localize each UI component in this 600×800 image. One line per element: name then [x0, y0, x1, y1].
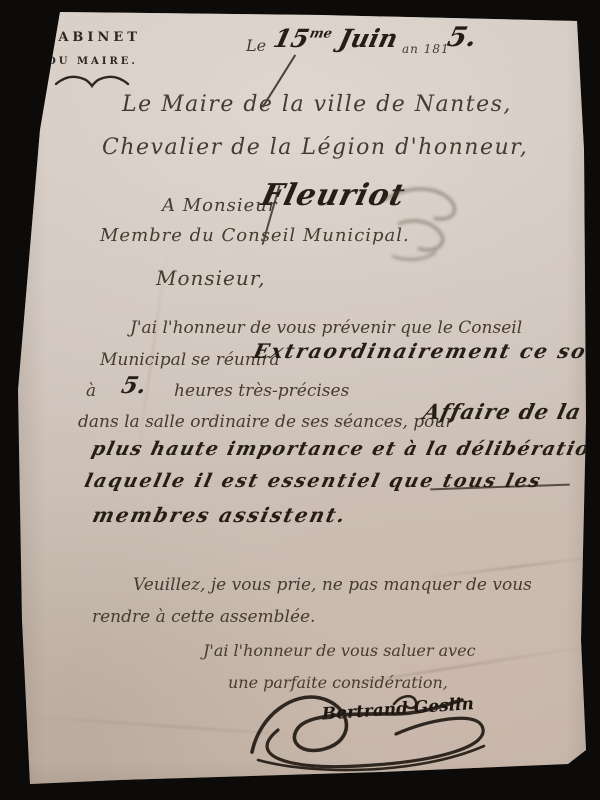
- body-line7-handwritten: membres assistent.: [90, 503, 349, 527]
- cabinet-du-maire-letterhead-stamp: CABINET DU MAIRE.: [44, 30, 141, 93]
- dateline-printed-an181: an 181: [402, 42, 450, 56]
- body-line5-handwritten: plus haute importance et à la délibérati…: [89, 438, 600, 460]
- body-line4-handwritten: Affaire de la: [421, 399, 584, 424]
- closing-line3: J'ai l'honneur de vous saluer avec: [203, 641, 476, 660]
- dateline-printed-le: Le: [246, 36, 266, 55]
- cabinet-stamp-line2: DU MAIRE.: [44, 56, 141, 67]
- dateline-day-suffix: me: [308, 27, 333, 42]
- signature-flourish: Bertrand Geslin: [244, 684, 510, 776]
- body-line3-printed-b: heures très-précises: [174, 381, 349, 401]
- salutation: Monsieur,: [156, 266, 266, 290]
- body-line1-printed: J'ai l'honneur de vous prévenir que le C…: [130, 318, 522, 338]
- photo-backdrop: CABINET DU MAIRE. Le 15me Juin an 181 5.…: [0, 0, 600, 800]
- dateline-day: 15: [271, 24, 312, 53]
- body-line4-printed: dans la salle ordinaire de ses séances, …: [78, 412, 454, 432]
- letter-paper: CABINET DU MAIRE. Le 15me Juin an 181 5.…: [0, 0, 600, 800]
- faded-ink-smudge: [378, 172, 488, 272]
- body-line3-printed-a: à: [86, 381, 96, 401]
- letterhead-title-line2: Chevalier de la Légion d'honneur,: [102, 135, 528, 160]
- closing-line1: Veuillez, je vous prie, ne pas manquer d…: [133, 575, 532, 595]
- closing-line2: rendre à cette assemblée.: [92, 607, 315, 627]
- paper-edge-shadow-left: [0, 0, 46, 800]
- cabinet-stamp-line1: CABINET: [44, 30, 141, 45]
- addressee-printed-title: Membre du Conseil Municipal.: [100, 225, 410, 246]
- flourish-brace-icon: [53, 71, 131, 89]
- letterhead-title-line1: Le Maire de la ville de Nantes,: [122, 92, 512, 117]
- dateline-month: Juin: [336, 24, 400, 53]
- body-line2-handwritten: Extraordinairement ce soir: [251, 339, 600, 363]
- dateline-handwritten-year-digit: 5.: [444, 22, 479, 53]
- dateline-handwritten-day-month: 15me Juin: [271, 24, 401, 53]
